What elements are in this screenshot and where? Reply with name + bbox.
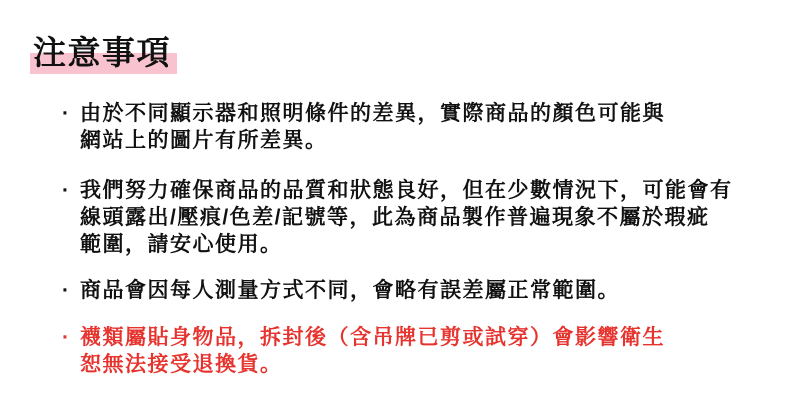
note-line: 商品會因每人測量方式不同，會略有誤差屬正常範圍。 [80, 277, 762, 304]
list-item-warning: · 襪類屬貼身物品，拆封後（含吊牌已剪或試穿）會影響衛生 恕無法接受退換貨。 [62, 324, 762, 378]
note-line: 範圍，請安心使用。 [80, 231, 762, 258]
note-line: 襪類屬貼身物品，拆封後（含吊牌已剪或試穿）會影響衛生 [80, 324, 762, 351]
list-item: · 我們努力確保商品的品質和狀態良好，但在少數情況下，可能會有 線頭露出/壓痕/… [62, 177, 762, 258]
note-line: 由於不同顯示器和照明條件的差異，實際商品的顏色可能與 [80, 100, 762, 127]
bullet-icon: · [62, 324, 80, 351]
notice-page: 注意事項 · 由於不同顯示器和照明條件的差異，實際商品的顏色可能與 網站上的圖片… [0, 0, 800, 414]
note-text: 由於不同顯示器和照明條件的差異，實際商品的顏色可能與 網站上的圖片有所差異。 [80, 100, 762, 154]
note-line: 線頭露出/壓痕/色差/記號等，此為商品製作普遍現象不屬於瑕疵 [80, 204, 762, 231]
title-highlight: 注意事項 [30, 34, 177, 74]
bullet-icon: · [62, 100, 80, 127]
bullet-icon: · [62, 177, 80, 204]
notice-list: · 由於不同顯示器和照明條件的差異，實際商品的顏色可能與 網站上的圖片有所差異。… [62, 100, 762, 378]
note-line: 恕無法接受退換貨。 [80, 351, 762, 378]
bullet-icon: · [62, 277, 80, 304]
note-line: 網站上的圖片有所差異。 [80, 127, 762, 154]
list-item: · 由於不同顯示器和照明條件的差異，實際商品的顏色可能與 網站上的圖片有所差異。 [62, 100, 762, 154]
note-text: 商品會因每人測量方式不同，會略有誤差屬正常範圍。 [80, 277, 762, 304]
page-title: 注意事項 [33, 33, 177, 73]
list-item: · 商品會因每人測量方式不同，會略有誤差屬正常範圍。 [62, 277, 762, 304]
note-text-warning: 襪類屬貼身物品，拆封後（含吊牌已剪或試穿）會影響衛生 恕無法接受退換貨。 [80, 324, 762, 378]
note-text: 我們努力確保商品的品質和狀態良好，但在少數情況下，可能會有 線頭露出/壓痕/色差… [80, 177, 762, 258]
note-line: 我們努力確保商品的品質和狀態良好，但在少數情況下，可能會有 [80, 177, 762, 204]
